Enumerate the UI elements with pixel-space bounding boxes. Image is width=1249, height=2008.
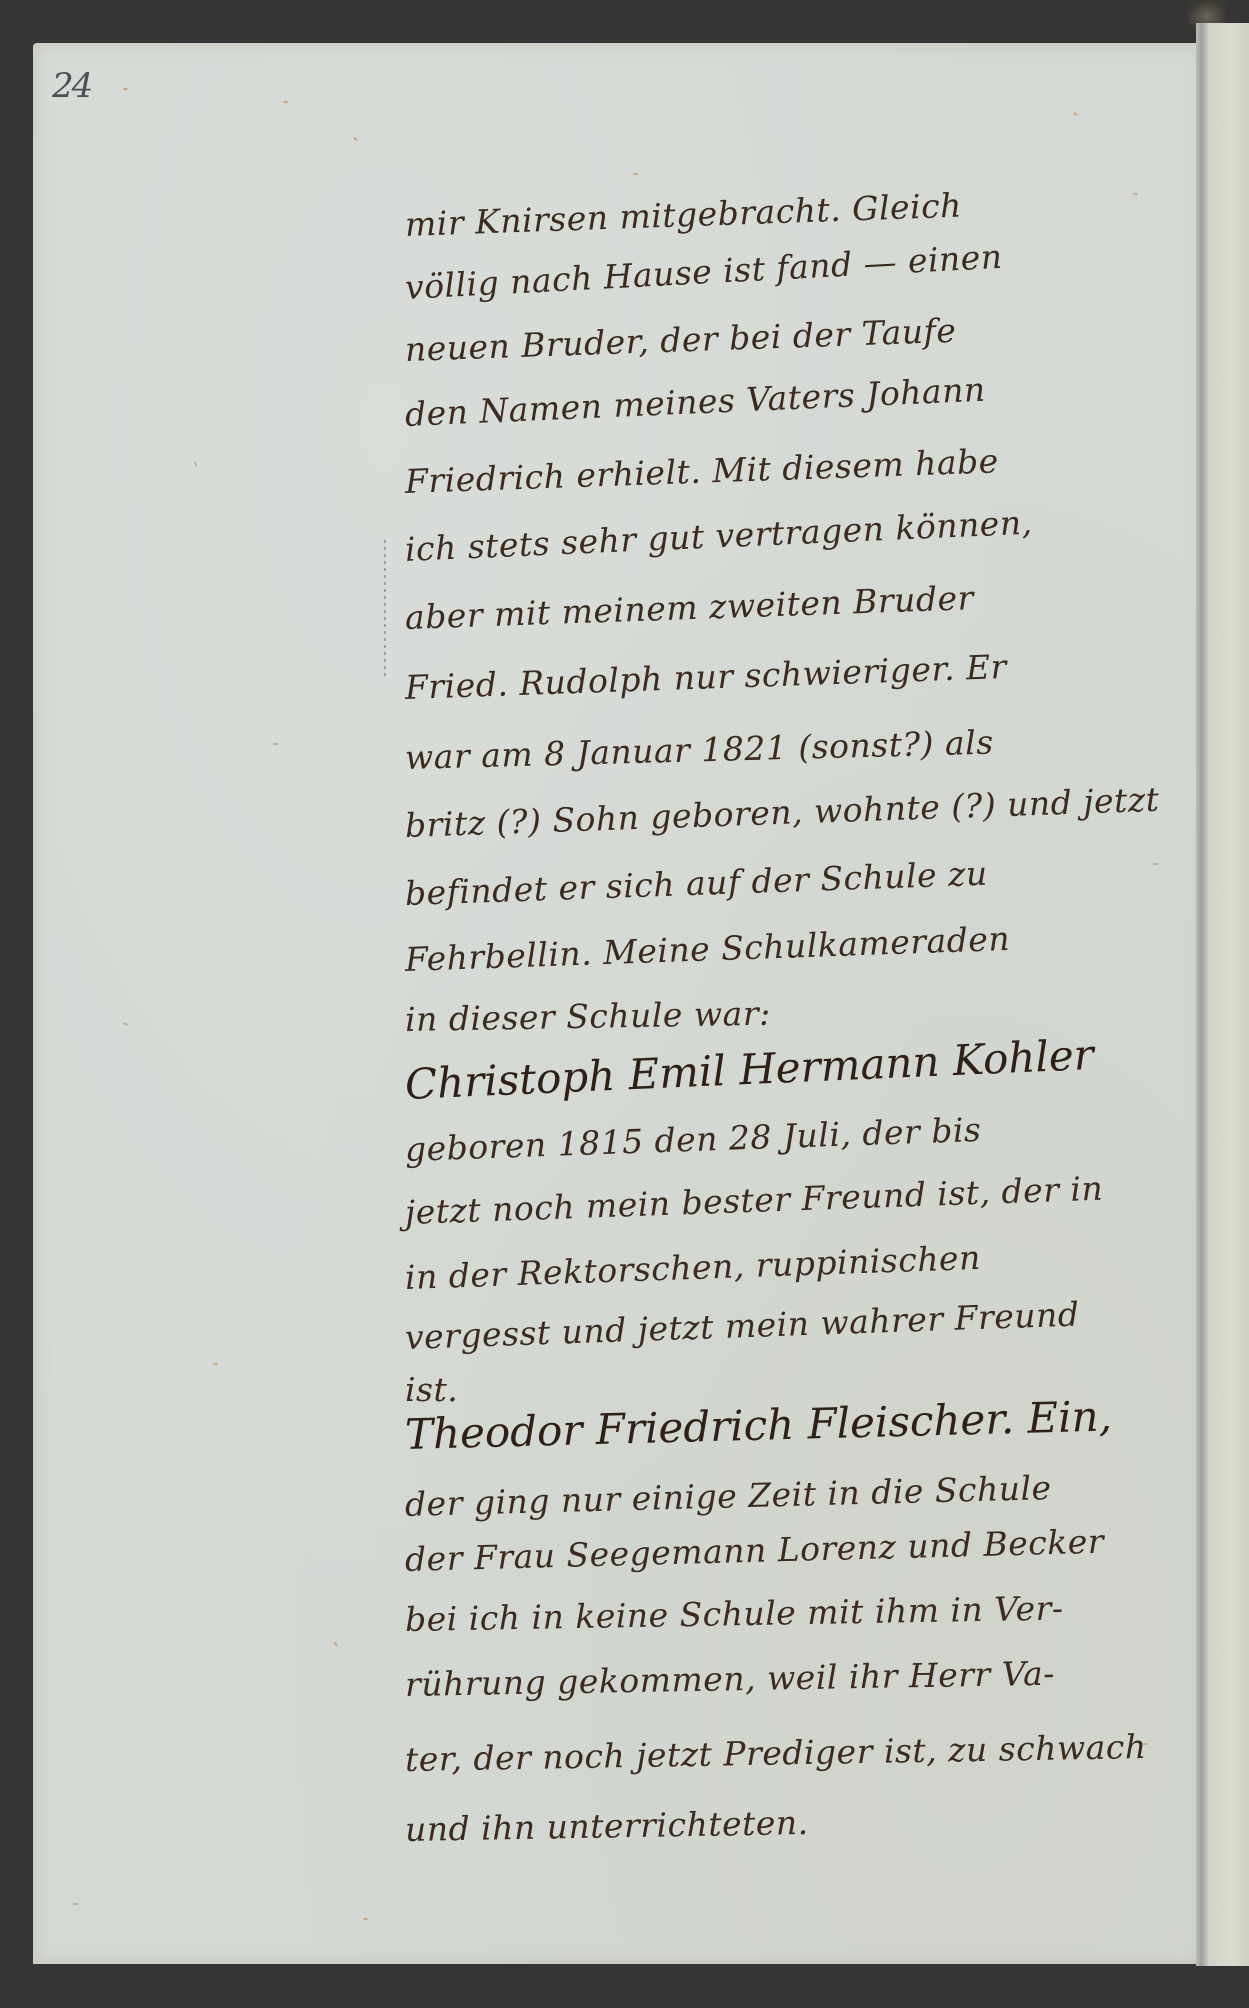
text-line: in der Rektorschen, ruppinischen (404, 1238, 981, 1297)
text-line: den Namen meines Vaters Johann (404, 370, 986, 434)
text-line: rührung gekommen, weil ihr Herr Va- (405, 1654, 1056, 1704)
student-name-heading: Theodor Friedrich Fleischer. Ein, (404, 1391, 1112, 1458)
text-line: in dieser Schule war: (405, 994, 771, 1039)
text-line: geboren 1815 den 28 Juli, der bis (404, 1110, 982, 1169)
text-line: befindet er sich auf der Schule zu (404, 854, 988, 913)
text-line: ist. (405, 1370, 458, 1409)
handwritten-text-block: mir Knirsen mitgebracht. Gleich völlig n… (0, 0, 1249, 2008)
text-line: neuen Bruder, der bei der Taufe (404, 311, 957, 369)
text-line: britz (?) Sohn geboren, wohnte (?) und j… (404, 780, 1160, 845)
text-line: aber mit meinem zweiten Bruder (404, 578, 974, 637)
student-name-heading: Christoph Emil Hermann Kohler (404, 1030, 1095, 1109)
text-line: bei ich in keine Schule mit ihm in Ver- (405, 1589, 1064, 1639)
text-line: vergesst und jetzt mein wahrer Freund (404, 1294, 1080, 1357)
text-line: der Frau Seegemann Lorenz und Becker (404, 1522, 1104, 1579)
text-line: und ihn unterrichteten. (405, 1803, 809, 1849)
text-line: ich stets sehr gut vertragen können, (404, 503, 1033, 569)
text-line: Fried. Rudolph nur schwieriger. Er (404, 647, 1007, 707)
text-line: völlig nach Hause ist fand — einen (404, 237, 1003, 307)
text-line: mir Knirsen mitgebracht. Gleich (404, 186, 962, 244)
text-line: war am 8 Januar 1821 (sonst?) als (404, 723, 994, 777)
text-line: ter, der noch jetzt Prediger ist, zu sch… (405, 1727, 1147, 1779)
text-line: der ging nur einige Zeit in die Schule (404, 1468, 1052, 1524)
scanned-document: 24 mir Knirsen mitgebracht. Gleich völli… (0, 0, 1249, 2008)
text-line: Friedrich erhielt. Mit diesem habe (404, 441, 999, 501)
text-line: jetzt noch mein bester Freund ist, der i… (404, 1169, 1103, 1232)
text-line: Fehrbellin. Meine Schulkameraden (404, 919, 1010, 979)
